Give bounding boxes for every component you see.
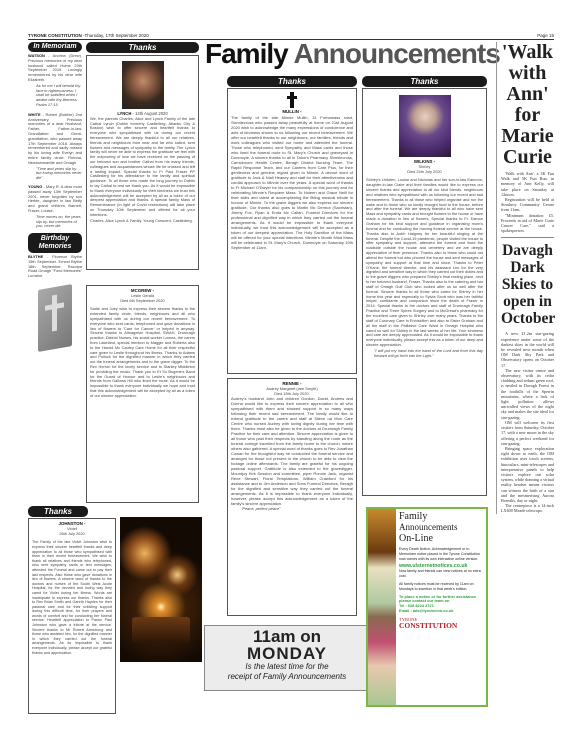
online-notices-ad: Family Announcements On-Line Every Death… xyxy=(366,507,488,707)
walk-headline: 'Walk with Ann' for Marie Curie xyxy=(501,42,554,168)
notice-wilkins: WILKINS - Shirley Died 24th July 2020 Sh… xyxy=(362,88,487,496)
cross-icon xyxy=(287,92,297,108)
memoriam-watson: WATSON - Andrew (Drew). Precious memorie… xyxy=(28,54,82,108)
memoriam-white: WHITE - Robert (Bobbie) 2nd Anniversary.… xyxy=(28,113,82,181)
notice-mcgrew: MCGREW - Leslie Gerald Died 6th Septembe… xyxy=(86,285,199,503)
wilkins-photo xyxy=(399,95,451,157)
cross-icon xyxy=(52,295,57,332)
thanks-heading-4: Thanks xyxy=(362,76,487,87)
bible-illustration xyxy=(38,284,72,352)
deadline-notice: 11am on MONDAY Is the latest time for th… xyxy=(204,625,370,691)
ad-photo-strip xyxy=(368,509,396,705)
publication-name: TYRONE CONSTITUTION xyxy=(28,33,82,38)
thanks-heading-2: Thanks xyxy=(28,506,88,517)
thanks-heading-3: Thanks xyxy=(227,76,357,87)
lynch-photo xyxy=(122,61,164,109)
memoriam-young: YOUNG - Mary R. A dear mum passed away 1… xyxy=(28,185,82,229)
ad-email: Email : ads@tyronecon.co.uk xyxy=(399,609,483,614)
notice-johnston: JOHNSTON - Violet 26th July 2020 The Fam… xyxy=(28,518,116,714)
notice-rennie: RENNIE - Audrey Margaret (nee Smyth) Die… xyxy=(227,378,357,616)
davagh-headline: Davagh Dark Skies to open in October xyxy=(501,242,554,327)
page-title: Family Announcements xyxy=(205,38,497,70)
issue-date: -Thursday, 17th September 2020 xyxy=(83,33,149,38)
notice-mullin: MULLIN - The family of the late Minnie M… xyxy=(227,88,357,374)
in-memoriam-column: In Memoriam WATSON - Andrew (Drew). Prec… xyxy=(28,42,82,349)
tyrone-constitution-logo: TYRONE CONSTITUTION xyxy=(399,617,483,630)
birthday-blythe: BLYTHE - Florence Blythe 15th September.… xyxy=(28,255,82,279)
candle-photo xyxy=(120,517,202,662)
thanks-heading-1: Thanks xyxy=(86,42,199,53)
page-number: Page 15 xyxy=(537,33,554,38)
birthday-memories-heading: Birthday Memories xyxy=(28,233,82,253)
in-memoriam-heading: In Memoriam xyxy=(28,42,82,52)
news-column: 'Walk with Ann' for Marie Curie 'Walk wi… xyxy=(496,42,554,514)
notice-lynch: LYNCH - 14th August 2020 We, the parents… xyxy=(86,55,199,270)
